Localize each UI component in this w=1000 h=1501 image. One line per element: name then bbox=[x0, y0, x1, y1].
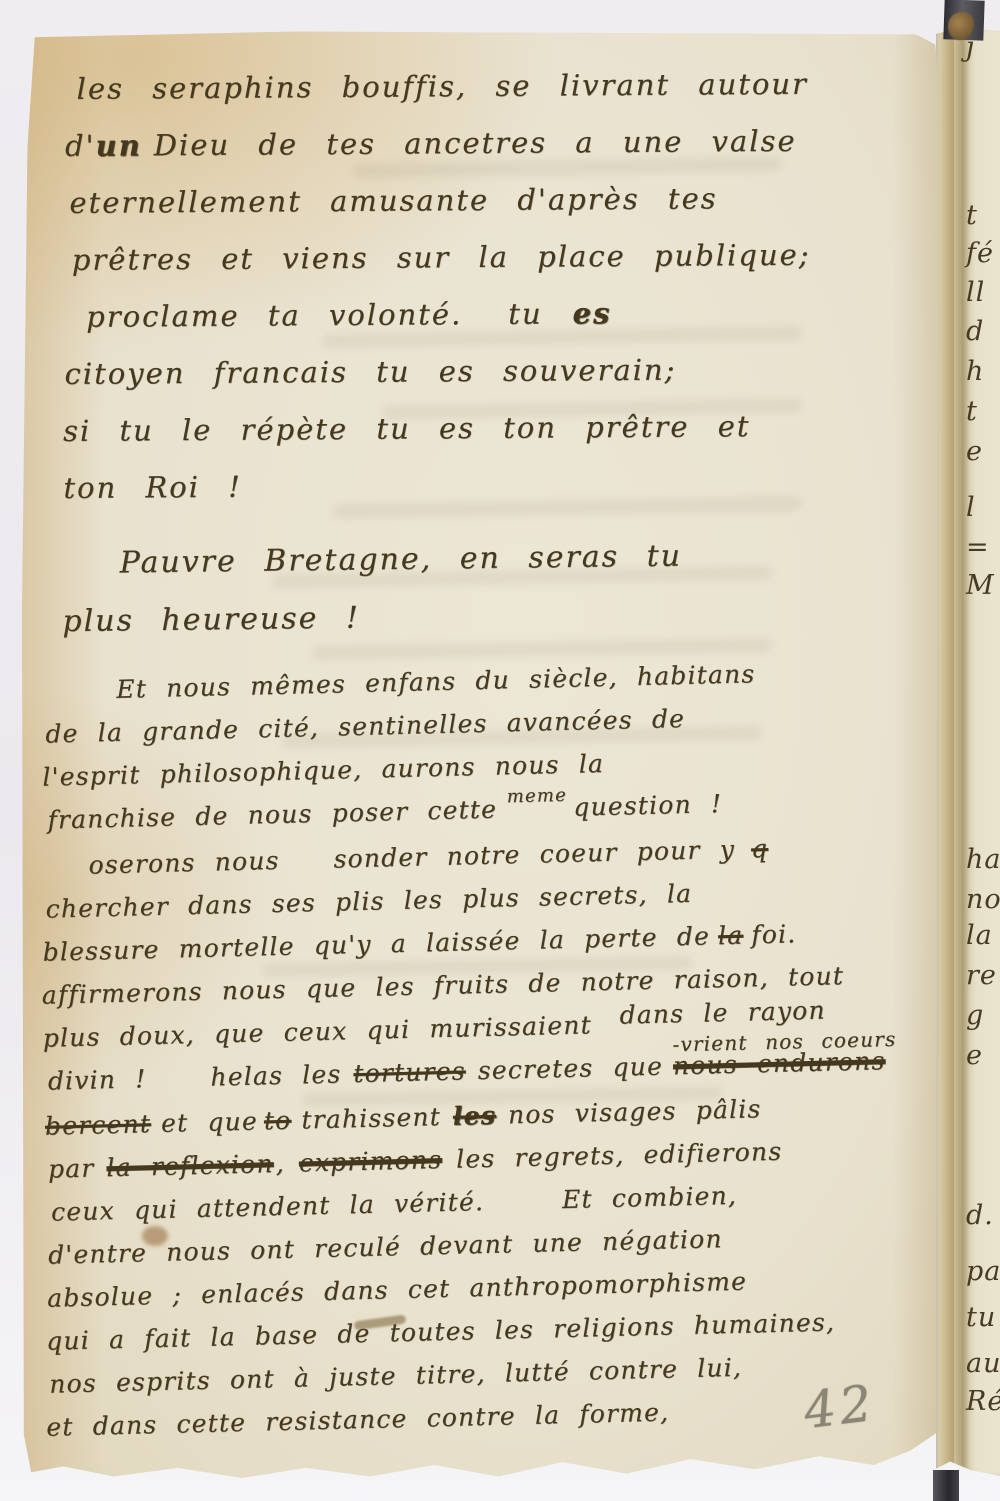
manuscript-word: foi. bbox=[751, 912, 797, 956]
struck-word: exprimons bbox=[298, 1138, 442, 1184]
manuscript-word: proclame ta volonté. bbox=[86, 286, 462, 346]
next-page-fragment: Ré bbox=[966, 1386, 1000, 1417]
manuscript-word: helas les bbox=[210, 1052, 342, 1098]
manuscript-line: ton Roi ! bbox=[37, 454, 933, 517]
next-page-fragment: = bbox=[966, 532, 990, 563]
manuscript-word: et que bbox=[161, 1100, 259, 1145]
next-page-fragment: d. bbox=[966, 1200, 994, 1231]
manuscript-word: citoyen francais tu es souverain; bbox=[64, 342, 676, 403]
manuscript-word: oserons nous bbox=[88, 839, 280, 887]
manuscript-word: eternellement amusante d'après tes bbox=[69, 170, 718, 232]
manuscript-line: eternellement amusante d'après tes bbox=[35, 169, 931, 232]
photo-background: jtfélldhtel=Mhanolareged.patuauRé les se… bbox=[0, 0, 1000, 1501]
manuscript-line: d'unDieu de tes ancetres a une valse bbox=[35, 112, 931, 175]
struck-word: les bbox=[452, 1094, 496, 1138]
struck-word: to bbox=[263, 1099, 292, 1143]
inserted-word: meme bbox=[506, 774, 567, 818]
next-page-fragment: tu bbox=[966, 1302, 996, 1333]
manuscript-page: les seraphins bouffis, se livrant autour… bbox=[22, 30, 938, 1478]
struck-word: la reflexion bbox=[106, 1142, 274, 1189]
manuscript-word: secretes que bbox=[477, 1045, 663, 1093]
paragraph: les seraphins bouffis, se livrant autour… bbox=[34, 55, 933, 517]
next-page-fragment: re bbox=[966, 960, 997, 991]
manuscript-word: Et combien, bbox=[561, 1174, 737, 1221]
manuscript-word: Dieu de tes ancetres a une valse bbox=[154, 113, 797, 174]
manuscript-line: prêtres et viens sur la place publique; bbox=[36, 226, 932, 289]
next-page-fragment: e bbox=[966, 1040, 983, 1071]
manuscript-word: prêtres et viens sur la place publique; bbox=[72, 227, 811, 289]
manuscript-word: les seraphins bouffis, se livrant autour bbox=[76, 56, 808, 118]
manuscript-word: es bbox=[572, 285, 611, 342]
struck-word: bercent bbox=[44, 1102, 151, 1148]
manuscript-word: , bbox=[275, 1142, 285, 1185]
manuscript-word: nos visages pâlis bbox=[507, 1087, 761, 1136]
next-page-fragment: h bbox=[966, 356, 984, 387]
manuscript-word: trahissent bbox=[301, 1095, 442, 1141]
paragraph: Et nous mêmes enfans du siècle, habitans… bbox=[20, 648, 935, 1449]
manuscript-word: question ! bbox=[573, 782, 723, 829]
next-page-fragment: t bbox=[966, 200, 978, 231]
manuscript-word: un bbox=[95, 117, 142, 174]
manuscript-word: ton Roi ! bbox=[63, 459, 242, 517]
next-page-fragment: l bbox=[966, 492, 976, 523]
next-page-fragment: fé bbox=[966, 238, 994, 269]
manuscript-line: Pauvre Bretagne, en seras tu bbox=[35, 525, 932, 594]
manuscript-word: Pauvre Bretagne, en seras tu bbox=[119, 528, 682, 593]
paragraph: Pauvre Bretagne, en seras tuplus heureus… bbox=[35, 525, 932, 652]
next-page-fragment: au bbox=[966, 1348, 1000, 1379]
next-page-fragment: ha bbox=[966, 844, 1000, 875]
manuscript-word: tu bbox=[508, 286, 543, 343]
manuscript-line: proclame ta volonté.tues bbox=[36, 283, 932, 346]
next-page-fragment: ll bbox=[966, 277, 985, 308]
manuscript-line: les seraphins bouffis, se livrant autour bbox=[34, 55, 930, 118]
next-page-fragment: M bbox=[966, 570, 995, 601]
manuscript-word: par bbox=[47, 1147, 95, 1191]
manuscript-line: citoyen francais tu es souverain; bbox=[36, 340, 932, 403]
next-page-fragment: d bbox=[966, 316, 984, 347]
manuscript-word: si tu le répète tu es ton prêtre et bbox=[63, 398, 751, 460]
struck-word: tortures bbox=[353, 1049, 466, 1095]
next-page-fragment: pa bbox=[966, 1256, 1000, 1287]
manuscript-line: plus heureuse ! bbox=[36, 583, 933, 652]
next-page-fragment: e bbox=[966, 436, 983, 467]
next-page-fragment: g bbox=[966, 1000, 984, 1031]
manuscript-line: si tu le répète tu es ton prêtre et bbox=[37, 397, 933, 460]
page-number-pencil: 42 bbox=[801, 1374, 879, 1440]
binding-spine-bottom bbox=[933, 1470, 959, 1501]
manuscript-word: plus heureuse ! bbox=[62, 590, 360, 652]
manuscript-word: divin ! bbox=[47, 1057, 147, 1102]
struck-word: q bbox=[751, 827, 769, 870]
manuscript-word: d' bbox=[65, 118, 96, 175]
next-page-fragment: t bbox=[966, 396, 978, 427]
next-page-fragment: no bbox=[966, 884, 1000, 915]
struck-word: la bbox=[718, 914, 744, 958]
next-page-edge: jtfélldhtel=Mhanolareged.patuauRé bbox=[936, 28, 1000, 1476]
manuscript-text: les seraphins bouffis, se livrant autour… bbox=[36, 58, 932, 1449]
next-page-fragment: la bbox=[966, 920, 993, 951]
